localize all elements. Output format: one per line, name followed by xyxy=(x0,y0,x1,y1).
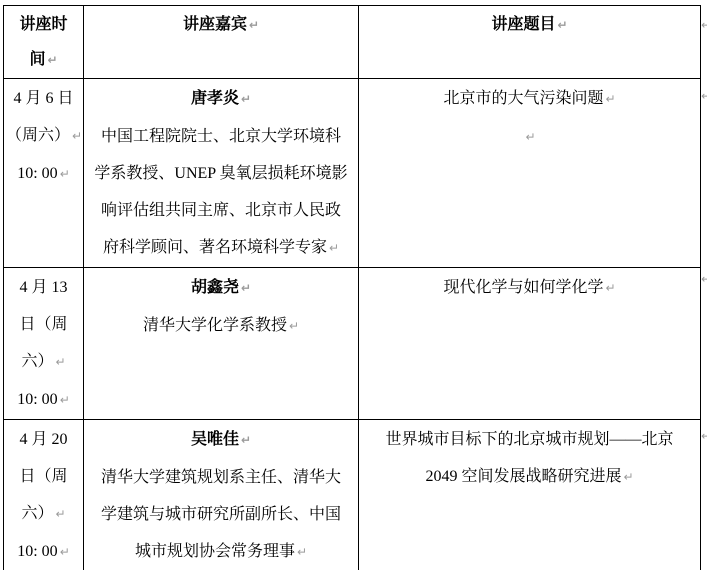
text-line: 4 月 20 xyxy=(6,421,81,458)
text-line: 日（周 xyxy=(6,458,81,495)
text-line: 10: 00↵ xyxy=(6,533,81,570)
paragraph-mark-icon: ↵ xyxy=(47,53,57,67)
paragraph-mark-icon: ↵ xyxy=(72,129,82,143)
text: 4 月 6 日 xyxy=(13,90,73,107)
text-line: 胡鑫尧↵ xyxy=(86,269,356,307)
text-line: 清华大学建筑规划系主任、清华大 xyxy=(86,459,356,496)
text-line: 世界城市目标下的北京城市规划——北京 xyxy=(361,421,698,458)
paragraph-mark-icon: ↵ xyxy=(55,507,65,521)
paragraph-mark-icon: ↵ xyxy=(55,355,65,369)
row-end-mark-icon: ↵ xyxy=(701,19,707,31)
text: 响评估组共同主席、北京市人民政 xyxy=(101,202,341,219)
paragraph-mark-icon: ↵ xyxy=(60,393,70,407)
paragraph-mark-icon: ↵ xyxy=(249,18,259,32)
text: 城市规划协会常务理事 xyxy=(135,543,295,560)
text-line: 响评估组共同主席、北京市人民政 xyxy=(86,192,356,229)
paragraph-mark-icon: ↵ xyxy=(289,319,299,333)
text: 清华大学化学系教授 xyxy=(143,317,287,334)
text-line: 10: 00↵ xyxy=(6,381,81,419)
paragraph-mark-icon: ↵ xyxy=(605,281,615,295)
text: 4 月 20 xyxy=(19,431,67,448)
text-line: 10: 00↵ xyxy=(6,155,81,193)
text-line: 府科学顾问、著名环境科学专家↵ xyxy=(86,229,356,267)
table-row: 4 月 6 日（周六）↵10: 00↵唐孝炎↵中国工程院院士、北京大学环境科学系… xyxy=(4,79,701,268)
text-line: 现代化学与如何学化学↵ xyxy=(361,269,698,307)
text: 10: 00 xyxy=(17,543,57,560)
topic-cell[interactable]: 现代化学与如何学化学↵ xyxy=(359,268,701,420)
text-line: 吴唯佳↵ xyxy=(86,421,356,459)
text: 10: 00 xyxy=(17,165,57,182)
text-line: 间↵ xyxy=(6,42,81,78)
paragraph-mark-icon: ↵ xyxy=(241,281,251,295)
text: 4 月 13 xyxy=(19,279,67,296)
header-cell-time[interactable]: 讲座时间↵ xyxy=(4,6,84,79)
text: 讲座时 xyxy=(19,16,67,33)
text-line: 2049 空间发展战略研究进展↵ xyxy=(361,458,698,496)
text-line: 讲座时 xyxy=(6,7,81,42)
text-line: 中国工程院院士、北京大学环境科 xyxy=(86,118,356,155)
table-row: 4 月 13日（周六）↵10: 00↵胡鑫尧↵清华大学化学系教授↵现代化学与如何… xyxy=(4,268,701,420)
row-end-mark-icon: ↵ xyxy=(701,430,707,442)
text: 日（周 xyxy=(19,316,67,333)
paragraph-mark-icon: ↵ xyxy=(241,433,251,447)
text: 世界城市目标下的北京城市规划——北京 xyxy=(385,431,673,448)
time-cell[interactable]: 4 月 20日（周六）↵10: 00↵ xyxy=(4,420,84,570)
topic-cell[interactable]: 北京市的大气污染问题↵↵ xyxy=(359,79,701,268)
header-cell-topic[interactable]: 讲座题目↵ xyxy=(359,6,701,79)
text: 日（周 xyxy=(19,468,67,485)
text: 六） xyxy=(21,505,53,522)
text-line: 六）↵ xyxy=(6,343,81,381)
topic-cell[interactable]: 世界城市目标下的北京城市规划——北京2049 空间发展战略研究进展↵ xyxy=(359,420,701,570)
text-line: 清华大学化学系教授↵ xyxy=(86,307,356,345)
paragraph-mark-icon: ↵ xyxy=(557,18,567,32)
text: 讲座题目 xyxy=(491,16,555,33)
text-line: 六）↵ xyxy=(6,495,81,533)
text-line: 讲座嘉宾↵ xyxy=(86,7,356,43)
text-line: 北京市的大气污染问题↵ xyxy=(361,80,698,118)
text-line: （周六）↵ xyxy=(6,117,81,155)
text: 讲座嘉宾 xyxy=(183,16,247,33)
paragraph-mark-icon: ↵ xyxy=(329,241,339,255)
table-header: 讲座时间↵讲座嘉宾↵讲座题目↵ xyxy=(4,6,701,79)
text: 胡鑫尧 xyxy=(191,279,239,296)
paragraph-mark-icon: ↵ xyxy=(241,92,251,106)
table-row: 4 月 20日（周六）↵10: 00↵吴唯佳↵清华大学建筑规划系主任、清华大学建… xyxy=(4,420,701,570)
paragraph-mark-icon: ↵ xyxy=(60,167,70,181)
text-line: 唐孝炎↵ xyxy=(86,80,356,118)
text-line: 4 月 6 日 xyxy=(6,80,81,117)
text-line: ↵ xyxy=(361,118,698,156)
text: 六） xyxy=(21,353,53,370)
paragraph-mark-icon: ↵ xyxy=(297,545,307,559)
text-line: 学建筑与城市研究所副所长、中国 xyxy=(86,496,356,533)
lecture-schedule-table: 讲座时间↵讲座嘉宾↵讲座题目↵ 4 月 6 日（周六）↵10: 00↵唐孝炎↵中… xyxy=(3,5,701,570)
paragraph-mark-icon: ↵ xyxy=(605,92,615,106)
text: 唐孝炎 xyxy=(191,90,239,107)
guest-cell[interactable]: 吴唯佳↵清华大学建筑规划系主任、清华大学建筑与城市研究所副所长、中国城市规划协会… xyxy=(84,420,359,570)
time-cell[interactable]: 4 月 13日（周六）↵10: 00↵ xyxy=(4,268,84,420)
row-end-mark-icon: ↵ xyxy=(701,273,707,285)
text: 北京市的大气污染问题 xyxy=(443,90,603,107)
text: 清华大学建筑规划系主任、清华大 xyxy=(101,469,341,486)
text: 学建筑与城市研究所副所长、中国 xyxy=(101,506,341,523)
time-cell[interactable]: 4 月 6 日（周六）↵10: 00↵ xyxy=(4,79,84,268)
text-line: 学系教授、UNEP 臭氧层损耗环境影 xyxy=(86,155,356,192)
text-line: 讲座题目↵ xyxy=(361,7,698,43)
header-row: 讲座时间↵讲座嘉宾↵讲座题目↵ xyxy=(4,6,701,79)
row-end-mark-icon: ↵ xyxy=(701,90,707,102)
text: 10: 00 xyxy=(17,391,57,408)
table-body: 4 月 6 日（周六）↵10: 00↵唐孝炎↵中国工程院院士、北京大学环境科学系… xyxy=(4,79,701,570)
guest-cell[interactable]: 胡鑫尧↵清华大学化学系教授↵ xyxy=(84,268,359,420)
document-page: 讲座时间↵讲座嘉宾↵讲座题目↵ 4 月 6 日（周六）↵10: 00↵唐孝炎↵中… xyxy=(0,0,707,570)
text: 现代化学与如何学化学 xyxy=(443,279,603,296)
text: 学系教授、UNEP 臭氧层损耗环境影 xyxy=(94,165,347,182)
text: （周六） xyxy=(6,127,70,144)
text-line: 城市规划协会常务理事↵ xyxy=(86,533,356,570)
text: 府科学顾问、著名环境科学专家 xyxy=(103,239,327,256)
guest-cell[interactable]: 唐孝炎↵中国工程院院士、北京大学环境科学系教授、UNEP 臭氧层损耗环境影响评估… xyxy=(84,79,359,268)
paragraph-mark-icon: ↵ xyxy=(623,470,633,484)
text: 吴唯佳 xyxy=(191,431,239,448)
text-line: 4 月 13 xyxy=(6,269,81,306)
paragraph-mark-icon: ↵ xyxy=(525,130,535,144)
text: 2049 空间发展战略研究进展 xyxy=(425,468,621,485)
paragraph-mark-icon: ↵ xyxy=(60,545,70,559)
header-cell-guest[interactable]: 讲座嘉宾↵ xyxy=(84,6,359,79)
text-line: 日（周 xyxy=(6,306,81,343)
text: 中国工程院院士、北京大学环境科 xyxy=(101,128,341,145)
text: 间 xyxy=(29,51,45,68)
